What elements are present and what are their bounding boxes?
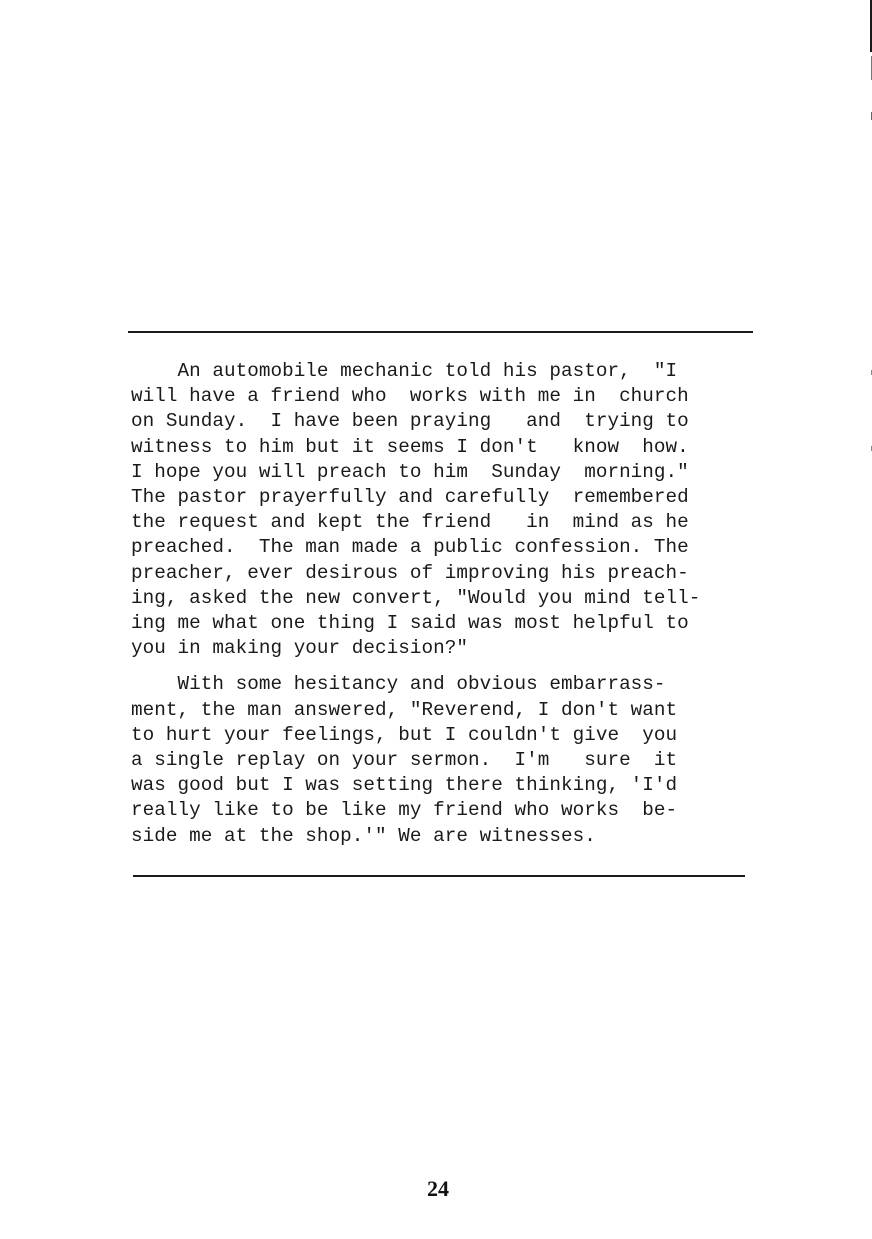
text-line: witness to him but it seems I don't know… [131, 435, 761, 460]
text-line: you in making your decision?" [131, 636, 761, 661]
text-line: a single replay on your sermon. I'm sure… [131, 748, 761, 773]
scanned-page: An automobile mechanic told his pastor, … [0, 0, 872, 1239]
paragraph-2: With some hesitancy and obvious embarras… [131, 672, 761, 848]
text-line: will have a friend who works with me in … [131, 384, 761, 409]
paragraph-1: An automobile mechanic told his pastor, … [131, 359, 761, 661]
text-line: the request and kept the friend in mind … [131, 510, 761, 535]
text-line: ing me what one thing I said was most he… [131, 611, 761, 636]
text-line: was good but I was setting there thinkin… [131, 773, 761, 798]
text-line: on Sunday. I have been praying and tryin… [131, 409, 761, 434]
text-line: The pastor prayerfully and carefully rem… [131, 485, 761, 510]
story-text: An automobile mechanic told his pastor, … [131, 359, 761, 849]
text-line: An automobile mechanic told his pastor, … [131, 359, 761, 384]
text-line: to hurt your feelings, but I couldn't gi… [131, 723, 761, 748]
text-line: With some hesitancy and obvious embarras… [131, 672, 761, 697]
text-line: preached. The man made a public confessi… [131, 535, 761, 560]
top-divider-rule [128, 331, 753, 333]
text-line: I hope you will preach to him Sunday mor… [131, 460, 761, 485]
page-number: 24 [2, 1176, 872, 1202]
text-line: ing, asked the new convert, "Would you m… [131, 586, 761, 611]
text-line: really like to be like my friend who wor… [131, 798, 761, 823]
text-line: side me at the shop.'" We are witnesses. [131, 824, 761, 849]
text-line: preacher, ever desirous of improving his… [131, 561, 761, 586]
bottom-divider-rule [133, 875, 745, 877]
text-line: ment, the man answered, "Reverend, I don… [131, 698, 761, 723]
